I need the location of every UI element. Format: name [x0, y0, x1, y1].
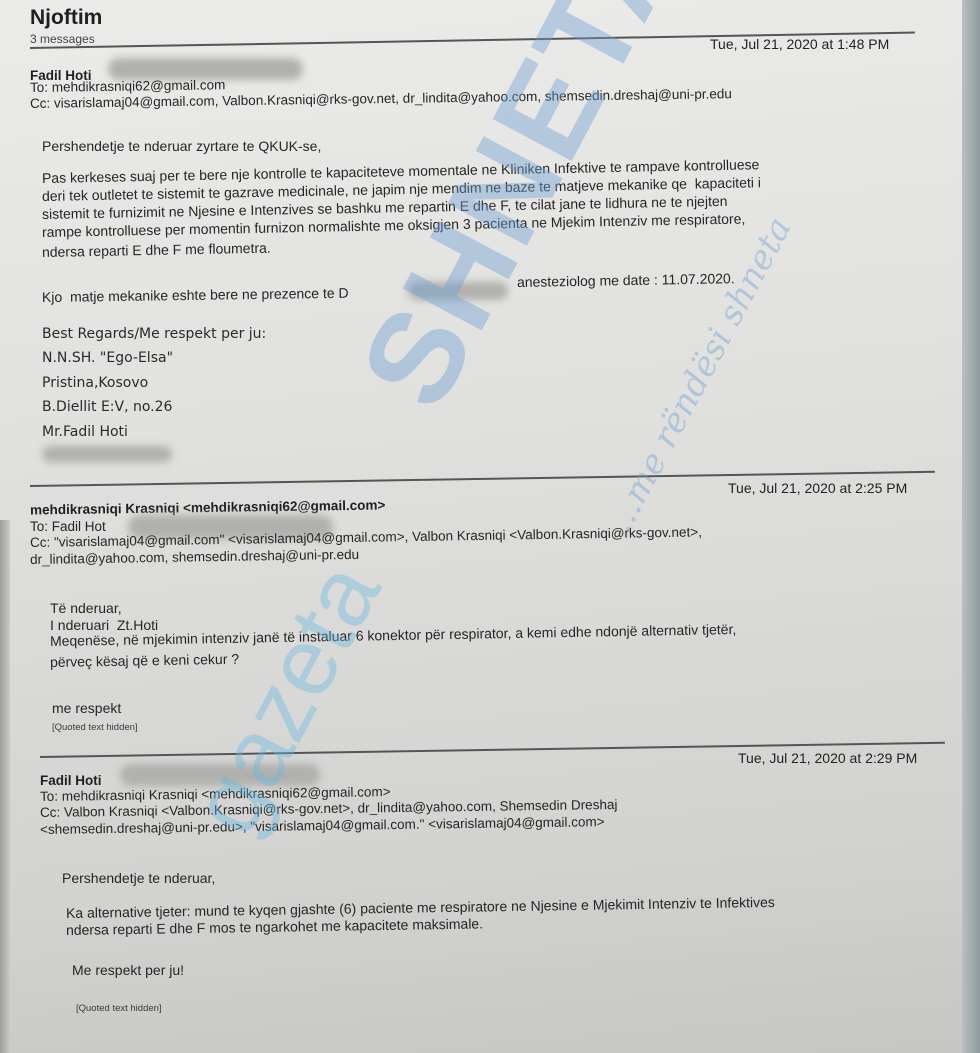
signature-line: Mr.Fadil Hoti: [42, 421, 128, 444]
thread-subject: Njoftim: [30, 6, 102, 30]
redacted-phone: [42, 446, 172, 462]
message-count: 3 messages: [30, 32, 95, 46]
signature-line: Pristina,Kosovo: [42, 372, 148, 395]
paper-edge-right: [962, 0, 980, 1053]
message-2-body-line: përveç kësaj që e keni cekur ?: [50, 651, 239, 672]
signature-line: N.N.SH. "Ego-Elsa": [42, 347, 173, 370]
redacted-name: [408, 282, 508, 300]
message-2-body-line: Të nderuar,: [50, 600, 122, 618]
message-1-date: Tue, Jul 21, 2020 at 1:48 PM: [710, 36, 889, 52]
message-2-closing: me respekt: [52, 700, 121, 718]
quoted-text-toggle[interactable]: [Quoted text hidden]: [52, 722, 138, 733]
signature-line: Best Regards/Me respekt per ju:: [42, 323, 266, 346]
message-2-date: Tue, Jul 21, 2020 at 2:25 PM: [728, 480, 907, 496]
message-2-to: To: Fadil Hot: [30, 519, 106, 534]
message-1-greeting: Pershendetje te nderuar zyrtare te QKUK-…: [42, 138, 321, 156]
signature-line: B.Diellit E:V, no.26: [42, 396, 172, 419]
message-3-closing: Me respekt per ju!: [72, 962, 184, 980]
message-1-to: To: mehdikrasniqi62@gmail.com: [30, 77, 225, 95]
redacted-email: [120, 764, 320, 786]
message-3-sender: Fadil Hoti: [40, 773, 102, 788]
message-3-greeting: Pershendetje te nderuar,: [62, 870, 215, 888]
message-3-date: Tue, Jul 21, 2020 at 2:29 PM: [738, 750, 917, 766]
quoted-text-toggle[interactable]: [Quoted text hidden]: [76, 1003, 162, 1014]
paper-edge-left: [0, 520, 10, 1053]
